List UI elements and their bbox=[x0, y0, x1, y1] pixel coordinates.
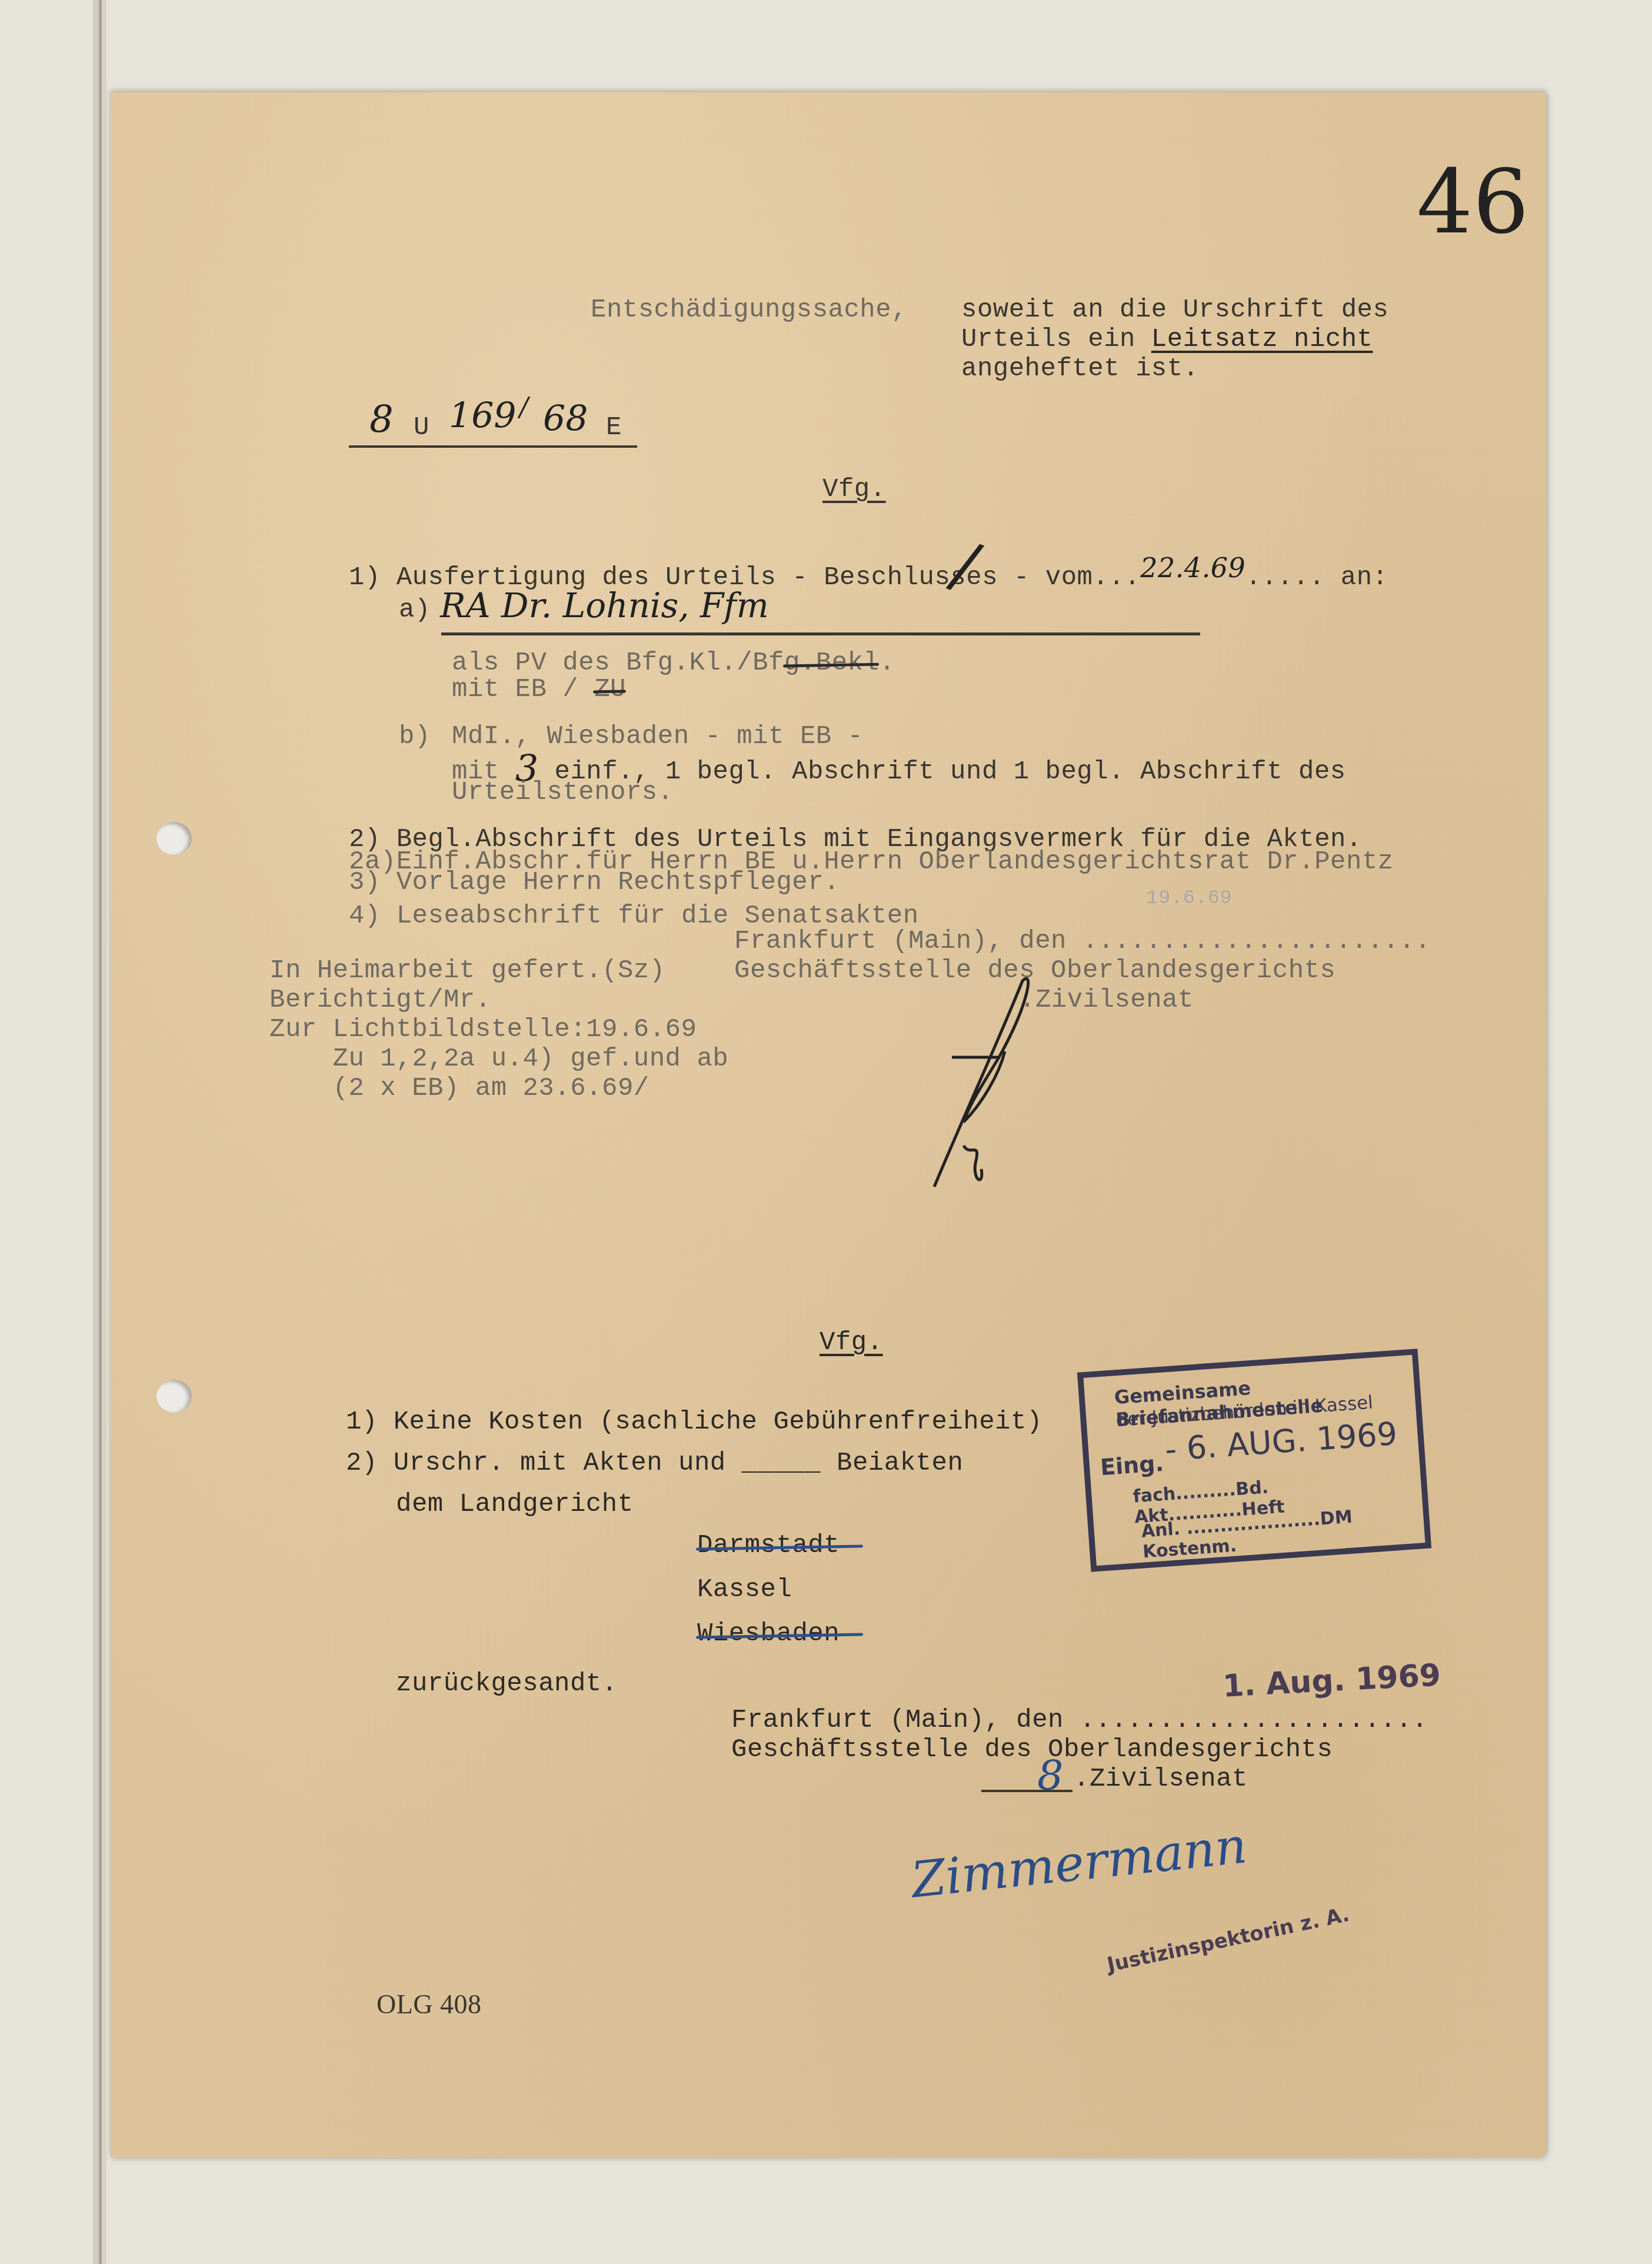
beiakten-blank: _____ bbox=[742, 1449, 821, 1478]
item2-text: 2) Urschr. mit Akten und bbox=[346, 1449, 742, 1478]
recipient-a-role: als PV des Bfg.Kl./Bfg.Bekl. bbox=[452, 648, 895, 678]
file-number-handwritten: 169 bbox=[449, 395, 517, 437]
note-line-4: Zu 1,2,2a u.4) gef.und ab bbox=[269, 1044, 728, 1074]
file-register: U bbox=[414, 413, 429, 442]
stamp-label: Eing. bbox=[1100, 1450, 1164, 1480]
header-note-line2: Urteils ein Leitsatz nicht bbox=[961, 325, 1373, 354]
binder-edge bbox=[93, 0, 99, 2264]
punch-hole-icon bbox=[156, 822, 192, 855]
court-kassel: Kassel bbox=[697, 1575, 792, 1604]
faint-date-stamp: 19.6.69 bbox=[1146, 884, 1232, 913]
clerk-signature-icon bbox=[911, 969, 1064, 1204]
inspector-signature: Zimmermann bbox=[908, 1816, 1249, 1909]
zu-struck: ZU bbox=[594, 675, 626, 704]
item2-beiakten: Beiakten bbox=[821, 1449, 963, 1478]
order2-senate: .Zivilsenat bbox=[1074, 1764, 1248, 1794]
order2-place-date: Frankfurt (Main), den ..................… bbox=[731, 1706, 1428, 1735]
order2-item2: 2) Urschr. mit Akten und _____ Beiakten bbox=[346, 1449, 963, 1478]
judgment-date-handwritten: 22.4.69 bbox=[1140, 552, 1245, 584]
punch-hole-icon bbox=[156, 1380, 192, 1413]
header-note-leitsatz: Leitsatz nicht bbox=[1151, 325, 1373, 354]
file-senate: 8 bbox=[369, 398, 394, 442]
file-slash: / bbox=[519, 392, 528, 422]
recipient-b-line3: Urteilstenors. bbox=[452, 778, 674, 807]
court-name: Wiesbaden bbox=[697, 1619, 840, 1649]
header-note-line3: angeheftet ist. bbox=[961, 354, 1199, 384]
receipt-stamp: Gemeinsame Briefannahmestelle der Justiz… bbox=[1077, 1349, 1431, 1572]
form-number: OLG 408 bbox=[377, 1990, 482, 2019]
court-name: Darmstadt bbox=[697, 1531, 840, 1560]
file-suffix: E bbox=[606, 413, 622, 442]
file-number: 8 U 169 / 68 E bbox=[349, 398, 637, 445]
role-end: . bbox=[879, 648, 895, 678]
file-year: 68 bbox=[543, 398, 588, 440]
role-text: als PV des Bfg.Kl./Bf bbox=[452, 648, 784, 678]
order2-returned: zurückgesandt. bbox=[396, 1669, 618, 1699]
page-number: 46 bbox=[1417, 151, 1529, 254]
order2-item1: 1) Keine Kosten (sachliche Gebührenfreih… bbox=[346, 1407, 1043, 1437]
note-line-3: Zur Lichtbildstelle:19.6.69 bbox=[269, 1015, 697, 1044]
binder-edge-light bbox=[102, 0, 106, 2264]
eb-text: mit EB / bbox=[452, 675, 594, 704]
order2-title: Vfg. bbox=[820, 1328, 883, 1357]
role-struck: g.Bekl bbox=[784, 648, 879, 678]
order1-title: Vfg. bbox=[822, 475, 886, 504]
note-line-2: Berichtigt/Mr. bbox=[269, 985, 491, 1015]
dispatch-date-stamp: 1. Aug. 1969 bbox=[1222, 1657, 1442, 1704]
file-underline bbox=[349, 445, 637, 448]
senate-number-underline bbox=[981, 1790, 1073, 1792]
order2-senate-number: 8 bbox=[1037, 1752, 1064, 1800]
recipient-a-label: a) bbox=[399, 595, 431, 625]
recipient-b-line1: MdI., Wiesbaden - mit EB - bbox=[452, 722, 864, 751]
header-note-line1a: Entschädigungssache, bbox=[591, 295, 907, 325]
item1-text-end: ..... an: bbox=[1245, 563, 1388, 592]
recipient-b-label: b) bbox=[399, 722, 431, 751]
recipient-a-handwritten: RA Dr. Lohnis, Ffm bbox=[440, 585, 769, 625]
signer-title-stamp: Justizinspektorin z. A. bbox=[1105, 1903, 1351, 1977]
order1-place-date: Frankfurt (Main), den ..................… bbox=[734, 927, 1431, 956]
recipient-a-eb: mit EB / ZU bbox=[452, 675, 626, 704]
order2-landgericht: dem Landgericht bbox=[396, 1490, 634, 1519]
document-page: 46 Entschädigungssache, soweit an die Ur… bbox=[111, 92, 1546, 2158]
court-wiesbaden: Wiesbaden bbox=[697, 1619, 840, 1649]
court-darmstadt: Darmstadt bbox=[697, 1531, 840, 1560]
order1-item3: 3) Vorlage Herrn Rechtspfleger. bbox=[349, 868, 840, 897]
order2-office: Geschäftsstelle des Oberlandesgerichts bbox=[731, 1735, 1333, 1764]
header-note-line1b: soweit an die Urschrift des bbox=[961, 295, 1388, 325]
header-note-line2a: Urteils ein bbox=[961, 325, 1151, 354]
note-line-1: In Heimarbeit gefert.(Sz) bbox=[269, 956, 665, 985]
note-line-5: (2 x EB) am 23.6.69/ bbox=[269, 1074, 650, 1103]
recipient-a-underline bbox=[441, 632, 1200, 635]
